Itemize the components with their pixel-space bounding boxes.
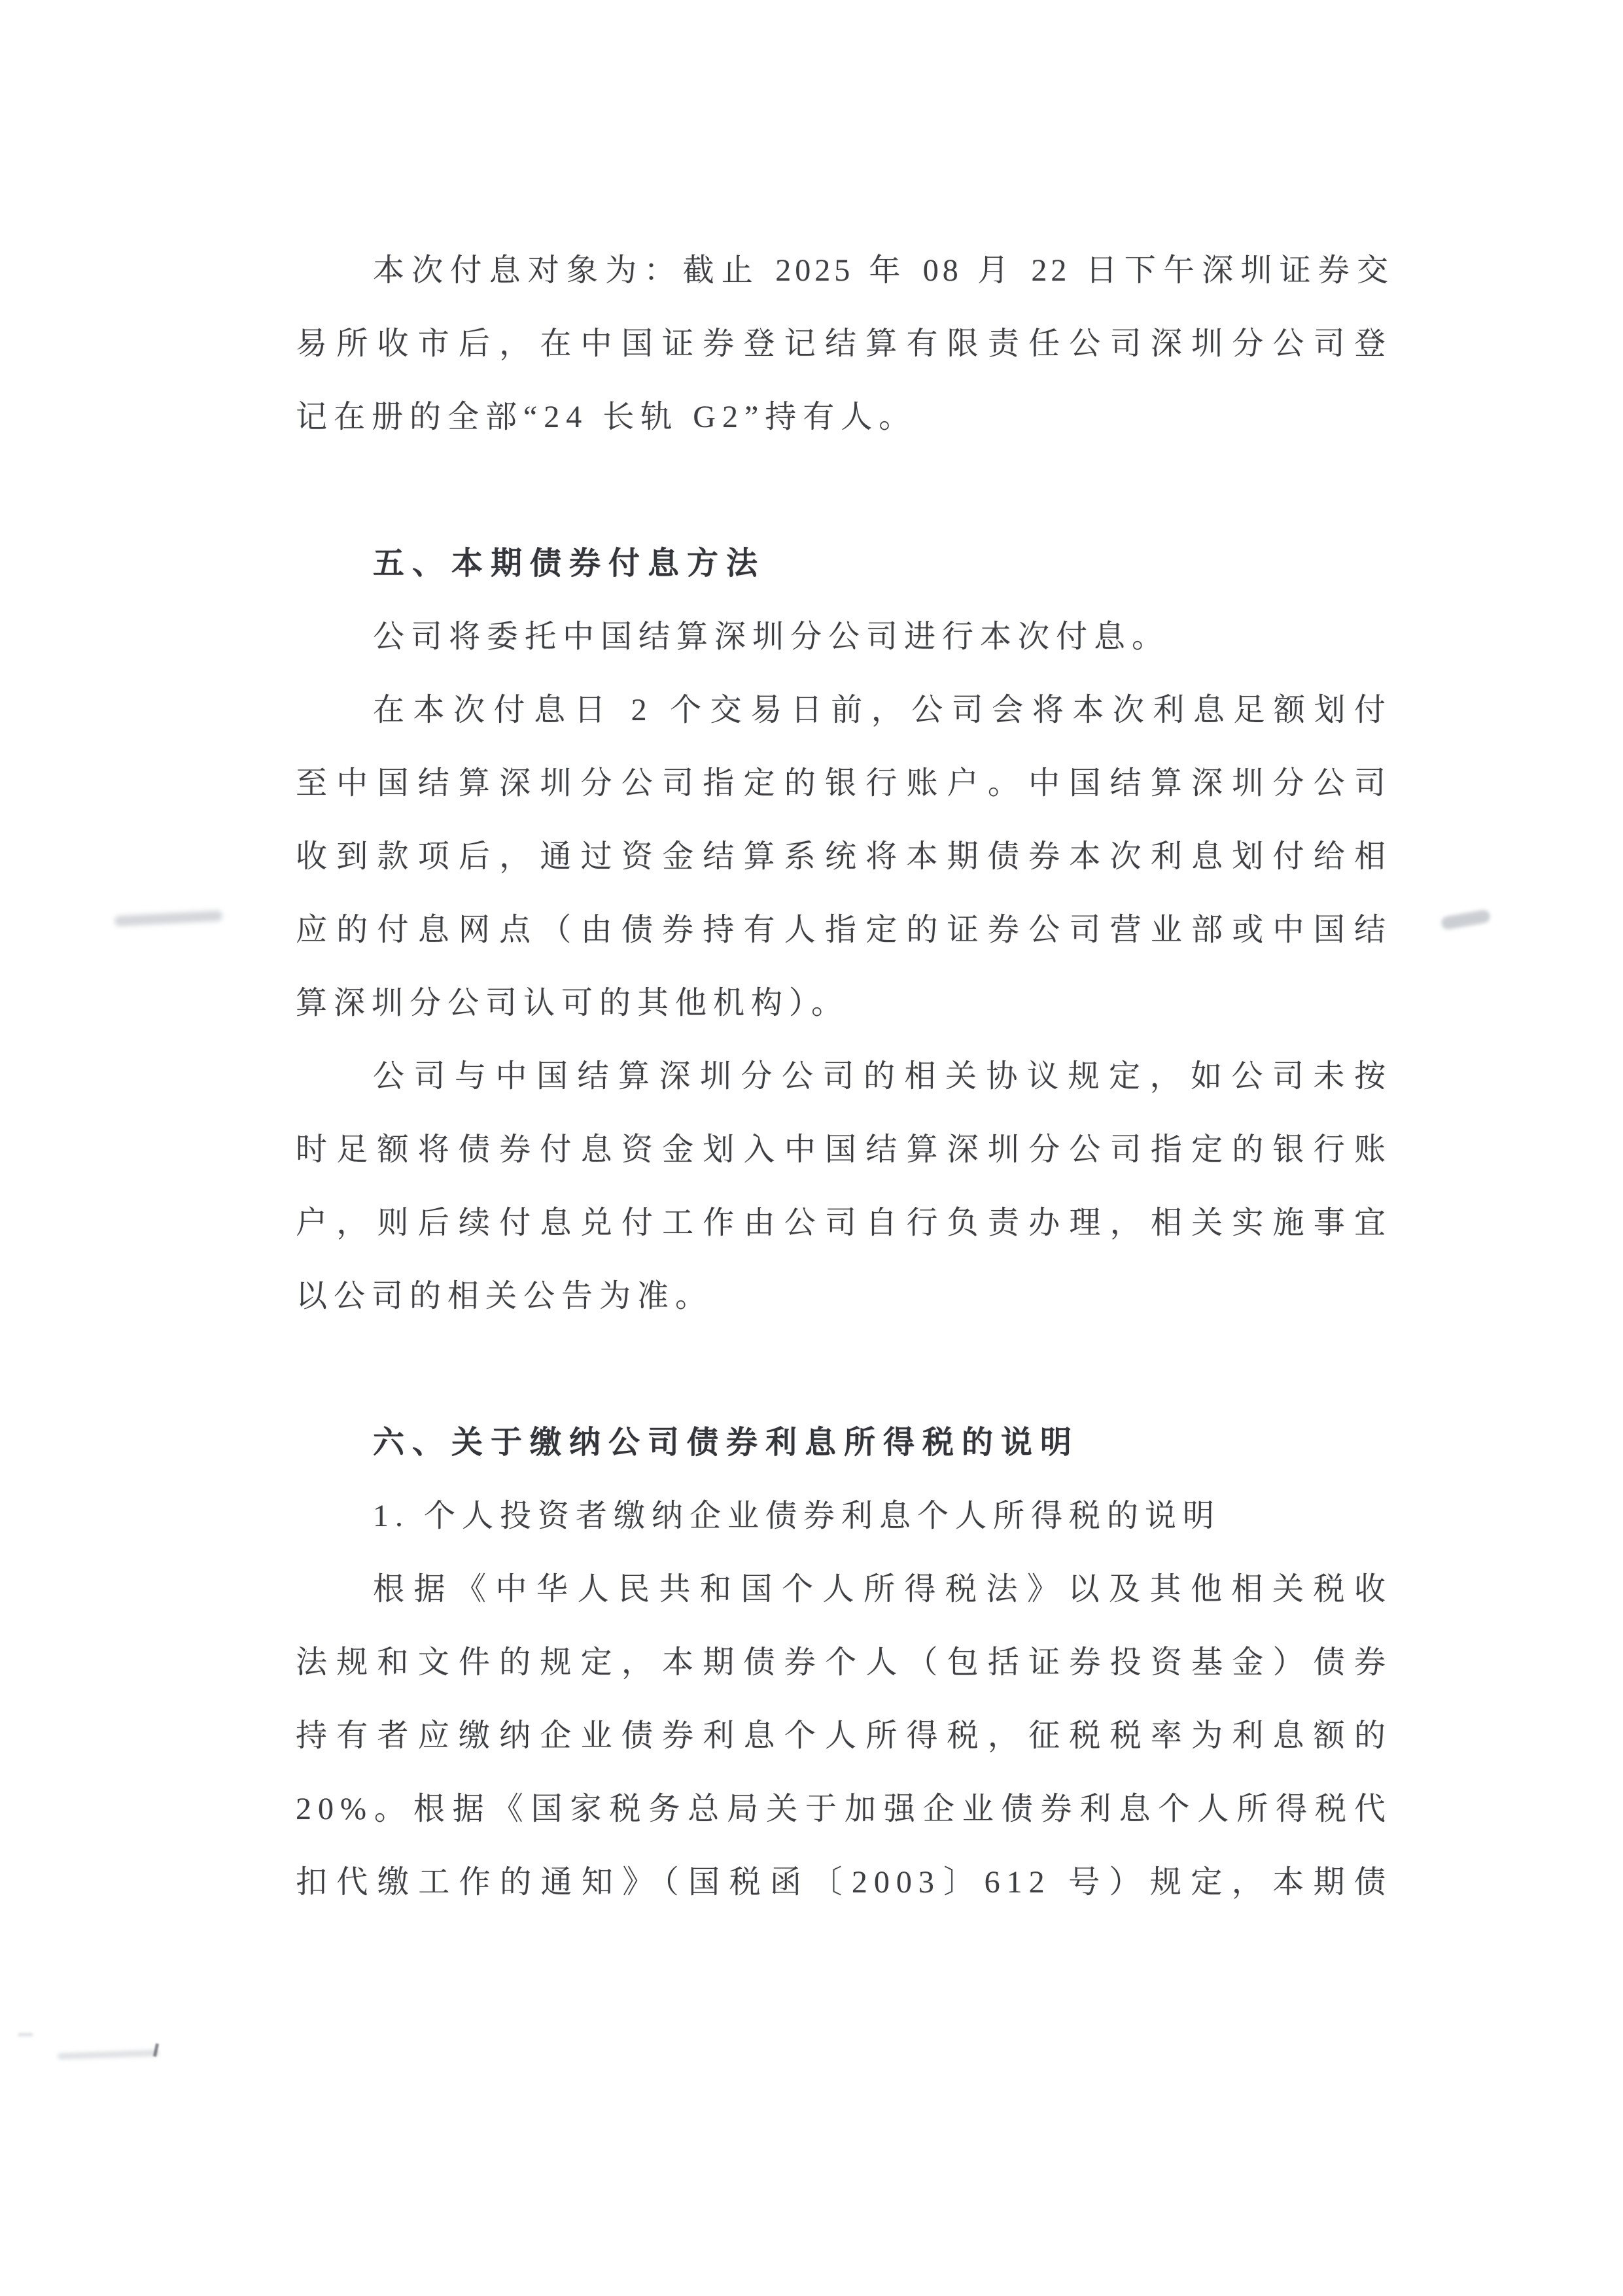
- paragraph-line: 法规和文件的规定，本期债券个人（包括证券投资基金）债券: [296, 1626, 1392, 1699]
- paragraph-line: 收到款项后，通过资金结算系统将本期债券本次利息划付给相: [296, 820, 1392, 894]
- paragraph-line: 本次付息对象为：截止 2025 年 08 月 22 日下午深圳证券交: [296, 234, 1392, 307]
- paragraph-line: 公司与中国结算深圳分公司的相关协议规定，如公司未按: [296, 1040, 1392, 1113]
- document-body: 本次付息对象为：截止 2025 年 08 月 22 日下午深圳证券交 易所收市后…: [296, 234, 1392, 1919]
- scan-smudge-left: [114, 911, 223, 927]
- paragraph-line: 公司将委托中国结算深圳分公司进行本次付息。: [296, 600, 1392, 674]
- paragraph-line: 算深圳分公司认可的其他机构）。: [296, 967, 1392, 1040]
- scanned-document-page: 本次付息对象为：截止 2025 年 08 月 22 日下午深圳证券交 易所收市后…: [0, 0, 1623, 2296]
- section-six-heading: 六、关于缴纳公司债券利息所得税的说明: [296, 1406, 1392, 1480]
- paragraph-line: 应的付息网点（由债券持有人指定的证券公司营业部或中国结: [296, 894, 1392, 967]
- scan-smudge-bottom-left: [58, 2049, 159, 2059]
- scan-mark-tick: [153, 2044, 159, 2057]
- scan-smudge-right: [1440, 909, 1491, 931]
- scan-mark-dash: [18, 2033, 33, 2036]
- paragraph-line: 记在册的全部“24 长轨 G2”持有人。: [296, 381, 1392, 454]
- paragraph-line: 扣代缴工作的通知》（国税函〔2003〕612 号）规定，本期债: [296, 1846, 1392, 1919]
- paragraph-line: 户，则后续付息兑付工作由公司自行负责办理，相关实施事宜: [296, 1187, 1392, 1260]
- paragraph-line: 时足额将债券付息资金划入中国结算深圳分公司指定的银行账: [296, 1113, 1392, 1187]
- section-six-item-1-title: 1. 个人投资者缴纳企业债券利息个人所得税的说明: [296, 1480, 1392, 1553]
- paragraph-line: 根据《中华人民共和国个人所得税法》以及其他相关税收: [296, 1553, 1392, 1626]
- paragraph-line: 至中国结算深圳分公司指定的银行账户。中国结算深圳分公司: [296, 747, 1392, 820]
- section-five-heading: 五、本期债券付息方法: [296, 527, 1392, 600]
- paragraph-line: 易所收市后，在中国证券登记结算有限责任公司深圳分公司登: [296, 307, 1392, 381]
- paragraph-line: 持有者应缴纳企业债券利息个人所得税，征税税率为利息额的: [296, 1699, 1392, 1773]
- paragraph-line: 以公司的相关公告为准。: [296, 1260, 1392, 1333]
- paragraph-line: 20%。根据《国家税务总局关于加强企业债券利息个人所得税代: [296, 1773, 1392, 1846]
- paragraph-line: 在本次付息日 2 个交易日前，公司会将本次利息足额划付: [296, 674, 1392, 747]
